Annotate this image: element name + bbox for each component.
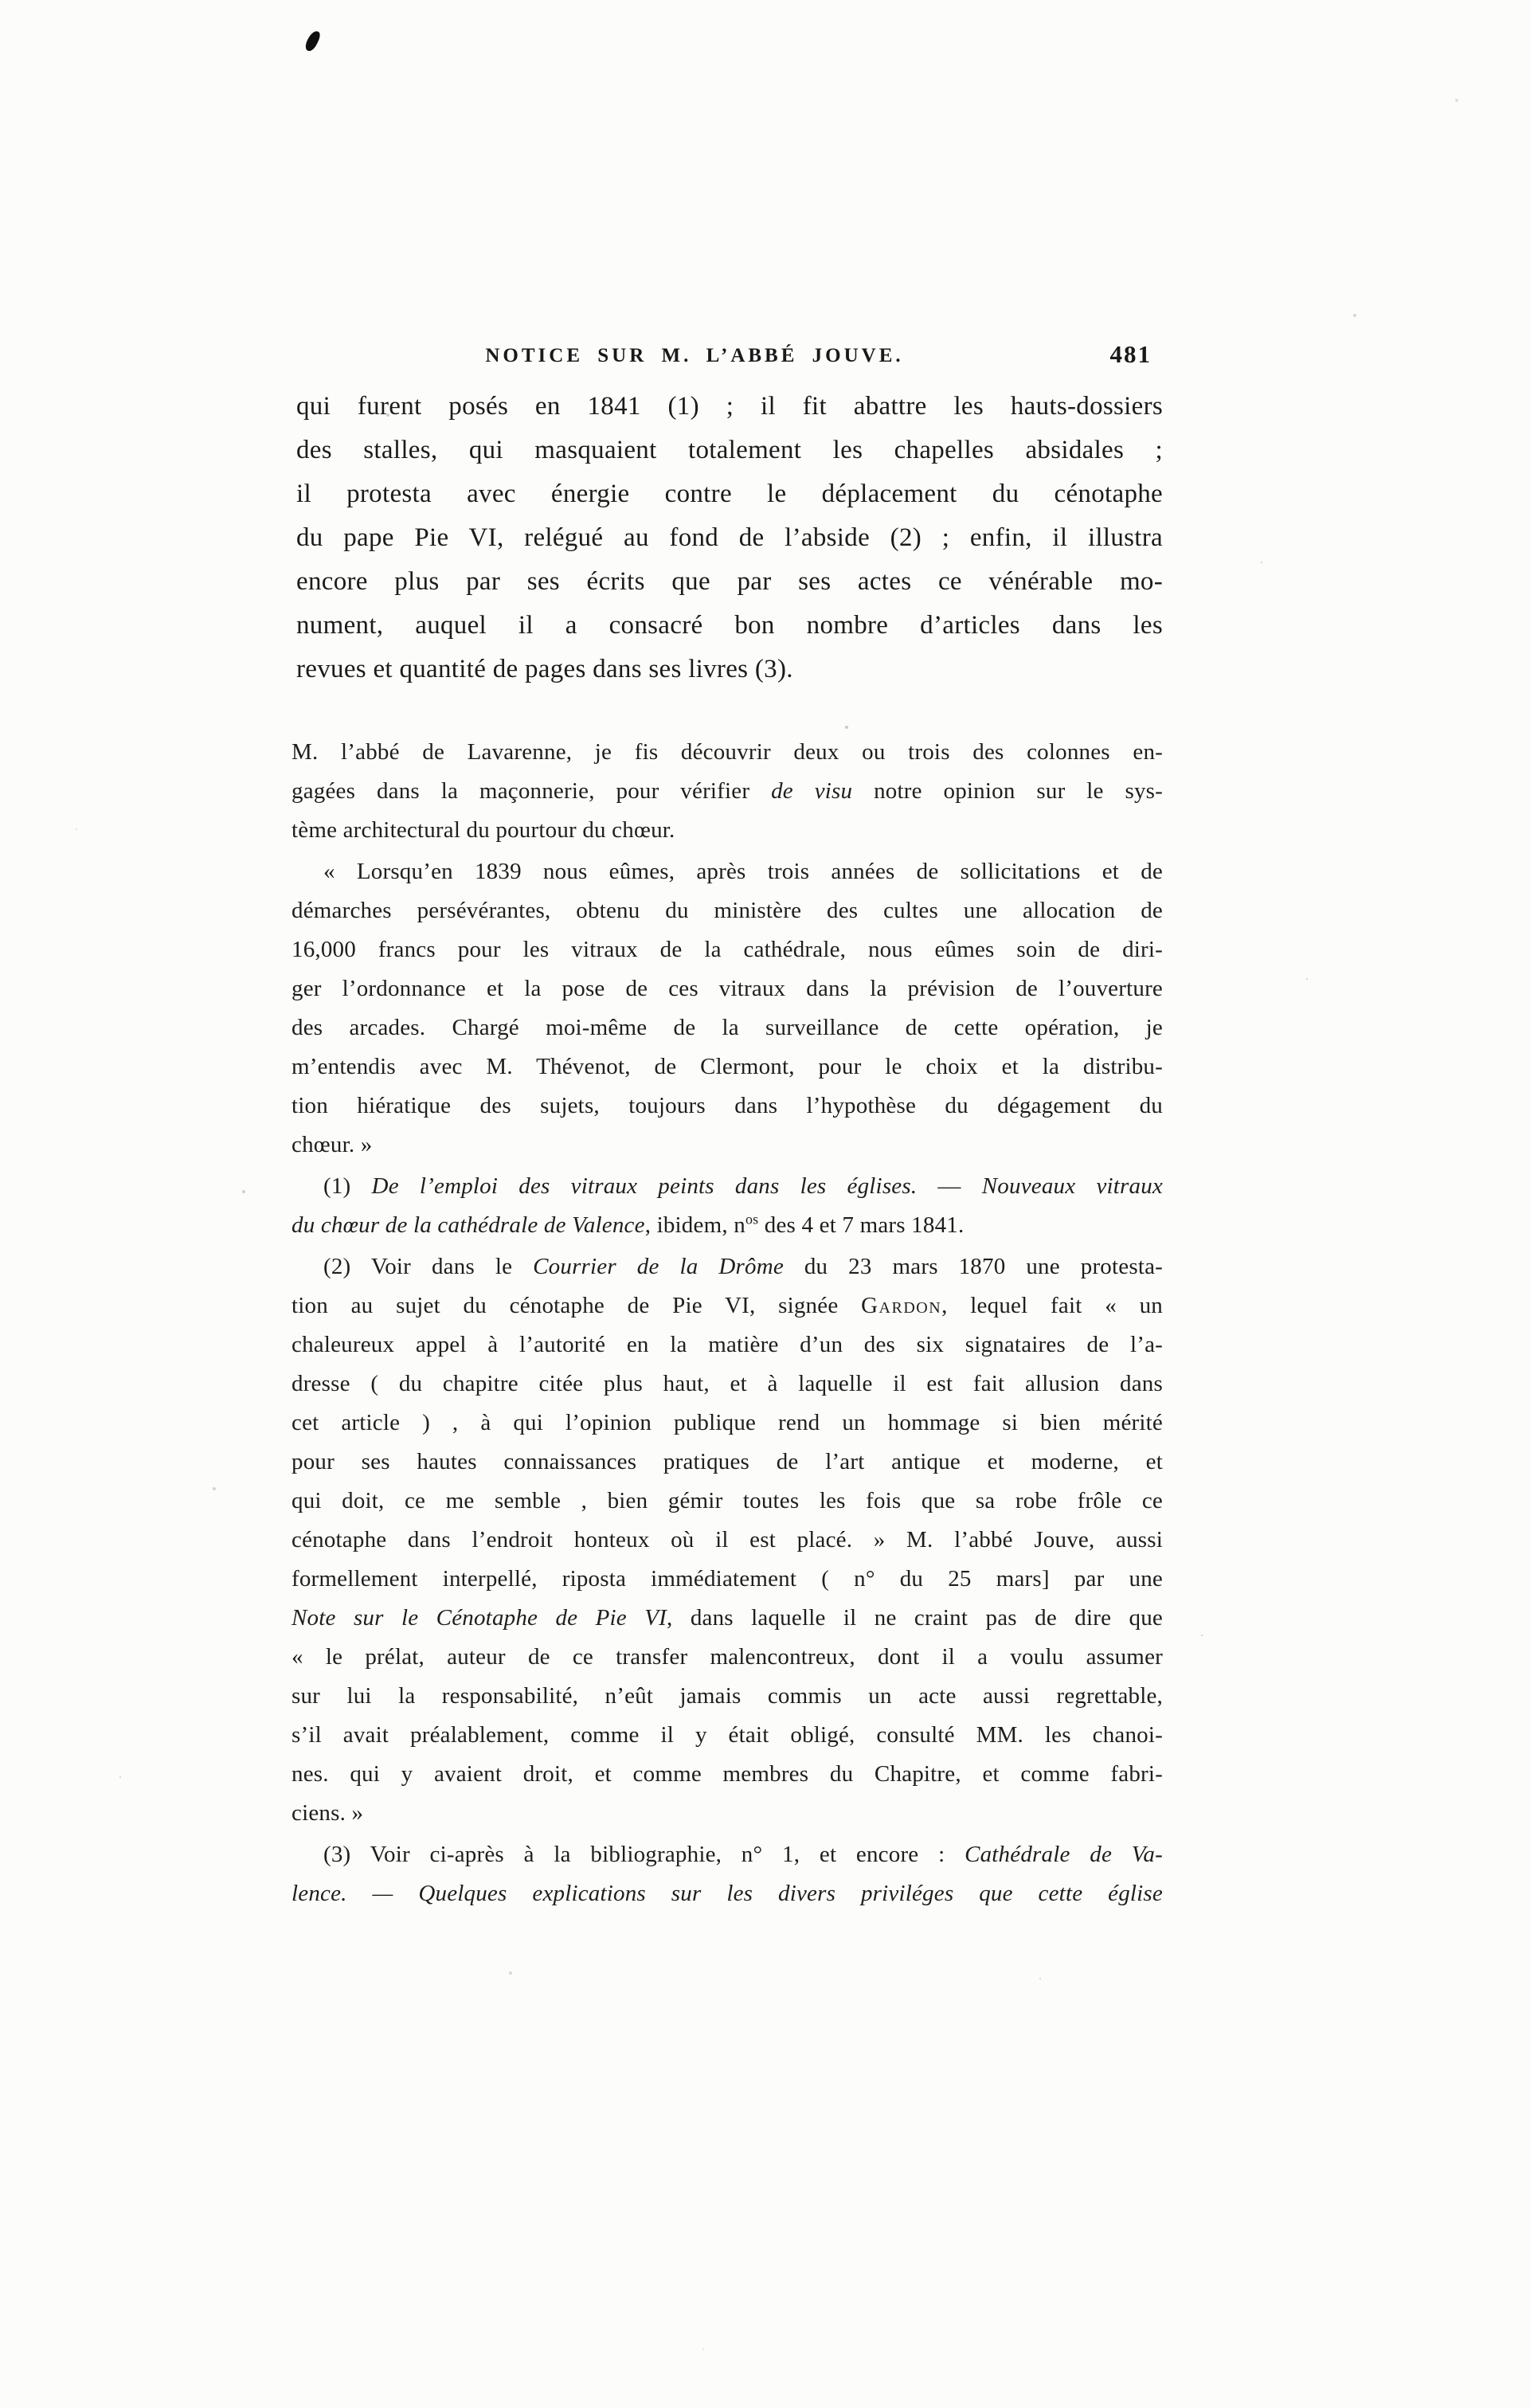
- text-run: « Lorsqu’en 1839 nous eûmes, après trois…: [323, 859, 1163, 884]
- text-run: des stalles, qui masquaient totalement l…: [296, 436, 1163, 464]
- text-run: tion au sujet du cénotaphe de Pie VI, si…: [292, 1293, 861, 1318]
- text-run: m’entendis avec M. Thévenot, de Clermont…: [292, 1054, 1163, 1079]
- text-line: tion au sujet du cénotaphe de Pie VI, si…: [292, 1286, 1163, 1325]
- text-line: m’entendis avec M. Thévenot, de Clermont…: [292, 1047, 1163, 1087]
- text-line: ger l’ordonnance et la pose de ces vitra…: [292, 969, 1163, 1008]
- text-line: tion hiératique des sujets, toujours dan…: [292, 1087, 1163, 1126]
- italic-text: Note sur le Cénotaphe de Pie VI: [292, 1605, 667, 1631]
- text-run: , ibidem, n: [645, 1212, 745, 1238]
- text-run: qui furent posés en 1841 (1) ; il fit ab…: [296, 392, 1163, 421]
- smallcaps-text: Gardon: [861, 1293, 941, 1318]
- text-run: (1): [323, 1173, 372, 1199]
- text-line: M. l’abbé de Lavarenne, je fis découvrir…: [292, 733, 1163, 772]
- text-run: tème architectural du pourtour du chœur.: [292, 817, 675, 843]
- text-run: des 4 et 7 mars 1841.: [758, 1212, 964, 1238]
- text-run: dresse ( du chapitre citée plus haut, et…: [292, 1371, 1163, 1396]
- italic-text: Cathédrale de Va-: [965, 1842, 1163, 1867]
- book-page: NOTICE SUR M. L’ABBÉ JOUVE. 481 qui fure…: [0, 0, 1530, 2408]
- text-run: ciens. »: [292, 1800, 363, 1826]
- italic-text: de visu: [771, 778, 852, 804]
- text-run: , dans laquelle il ne craint pas de dire…: [667, 1605, 1163, 1631]
- text-run: chaleureux appel à l’autorité en la mati…: [292, 1332, 1163, 1357]
- text-run: , lequel fait « un: [941, 1293, 1163, 1318]
- text-run: « le prélat, auteur de ce transfer malen…: [292, 1644, 1163, 1670]
- scan-noise: [0, 0, 2, 2]
- text-line: lence. — Quelques explications sur les d…: [292, 1874, 1163, 1913]
- text-run: qui doit, ce me semble , bien gémir tout…: [292, 1488, 1163, 1513]
- text-run: sur lui la responsabilité, n’eût jamais …: [292, 1683, 1163, 1709]
- text-line: (2) Voir dans le Courrier de la Drôme du…: [292, 1247, 1163, 1286]
- page-header: NOTICE SUR M. L’ABBÉ JOUVE. 481: [296, 340, 1163, 375]
- text-run: tion hiératique des sujets, toujours dan…: [292, 1093, 1163, 1118]
- text-run: M. l’abbé de Lavarenne, je fis découvrir…: [292, 739, 1163, 765]
- text-run: ger l’ordonnance et la pose de ces vitra…: [292, 976, 1163, 1001]
- text-run: formellement interpellé, riposta immédia…: [292, 1566, 1163, 1592]
- text-line: chaleureux appel à l’autorité en la mati…: [292, 1325, 1163, 1365]
- text-line: dresse ( du chapitre citée plus haut, et…: [292, 1365, 1163, 1404]
- ink-blot-artifact: [303, 29, 322, 53]
- text-line: sur lui la responsabilité, n’eût jamais …: [292, 1677, 1163, 1716]
- footnote-quote-paragraph: « Lorsqu’en 1839 nous eûmes, après trois…: [292, 852, 1163, 1165]
- italic-text: De l’emploi des vitraux peints dans les …: [372, 1173, 918, 1199]
- text-run: nes. qui y avaient droit, et comme membr…: [292, 1761, 1163, 1787]
- text-line: cénotaphe dans l’endroit honteux où il e…: [292, 1521, 1163, 1560]
- text-line: qui doit, ce me semble , bien gémir tout…: [292, 1482, 1163, 1521]
- text-line: ciens. »: [292, 1794, 1163, 1833]
- footnote-1: (1) De l’emploi des vitraux peints dans …: [292, 1167, 1163, 1245]
- text-run: (3) Voir ci-après à la bibliographie, n°…: [323, 1842, 965, 1867]
- text-run: 16,000 francs pour les vitraux de la cat…: [292, 937, 1163, 962]
- text-line: formellement interpellé, riposta immédia…: [292, 1560, 1163, 1599]
- text-line: (1) De l’emploi des vitraux peints dans …: [292, 1167, 1163, 1206]
- text-line: s’il avait préalablement, comme il y éta…: [292, 1716, 1163, 1755]
- footnote-2: (2) Voir dans le Courrier de la Drôme du…: [292, 1247, 1163, 1833]
- superscript-text: os: [745, 1211, 758, 1227]
- text-line: (3) Voir ci-après à la bibliographie, n°…: [292, 1835, 1163, 1874]
- italic-text: Nouveaux vitraux: [982, 1173, 1163, 1199]
- text-run: notre opinion sur le sys-: [852, 778, 1163, 804]
- text-run: revues et quantité de pages dans ses liv…: [296, 655, 793, 683]
- text-line: Note sur le Cénotaphe de Pie VI, dans la…: [292, 1599, 1163, 1638]
- text-line: encore plus par ses écrits que par ses a…: [296, 560, 1163, 604]
- footnote-continuation: M. l’abbé de Lavarenne, je fis découvrir…: [292, 733, 1163, 850]
- text-line: du pape Pie VI, relégué au fond de l’abs…: [296, 516, 1163, 560]
- text-run: cet article ) , à qui l’opinion publique…: [292, 1410, 1163, 1435]
- text-line: revues et quantité de pages dans ses liv…: [296, 648, 1163, 691]
- text-line: qui furent posés en 1841 (1) ; il fit ab…: [296, 385, 1163, 429]
- text-run: du pape Pie VI, relégué au fond de l’abs…: [296, 523, 1163, 552]
- main-paragraph: qui furent posés en 1841 (1) ; il fit ab…: [296, 385, 1163, 691]
- footnotes-section: M. l’abbé de Lavarenne, je fis découvrir…: [292, 733, 1163, 1913]
- text-line: nes. qui y avaient droit, et comme membr…: [292, 1755, 1163, 1794]
- text-run: nument, auquel il a consacré bon nombre …: [296, 611, 1163, 640]
- italic-text: Courrier de la Drôme: [533, 1254, 784, 1279]
- text-run: chœur. »: [292, 1132, 372, 1157]
- text-line: pour ses hautes connaissances pratiques …: [292, 1443, 1163, 1482]
- text-run: (2) Voir dans le: [323, 1254, 533, 1279]
- text-run: du 23 mars 1870 une protesta-: [784, 1254, 1163, 1279]
- text-run: des arcades. Chargé moi-même de la surve…: [292, 1015, 1163, 1040]
- text-run: s’il avait préalablement, comme il y éta…: [292, 1722, 1163, 1748]
- running-title: NOTICE SUR M. L’ABBÉ JOUVE.: [485, 345, 903, 367]
- text-line: cet article ) , à qui l’opinion publique…: [292, 1404, 1163, 1443]
- text-run: démarches persévérantes, obtenu du minis…: [292, 898, 1163, 923]
- page-number: 481: [1110, 340, 1152, 369]
- footnote-3: (3) Voir ci-après à la bibliographie, n°…: [292, 1835, 1163, 1913]
- text-run: —: [917, 1173, 981, 1199]
- italic-text: du chœur de la cathédrale de Valence: [292, 1212, 645, 1238]
- text-line: gagées dans la maçonnerie, pour vérifier…: [292, 772, 1163, 811]
- text-line: des arcades. Chargé moi-même de la surve…: [292, 1008, 1163, 1047]
- text-line: il protesta avec énergie contre le dépla…: [296, 472, 1163, 516]
- text-line: « Lorsqu’en 1839 nous eûmes, après trois…: [292, 852, 1163, 891]
- text-line: démarches persévérantes, obtenu du minis…: [292, 891, 1163, 930]
- text-line: des stalles, qui masquaient totalement l…: [296, 429, 1163, 472]
- text-line: chœur. »: [292, 1126, 1163, 1165]
- text-line: « le prélat, auteur de ce transfer malen…: [292, 1638, 1163, 1677]
- text-run: cénotaphe dans l’endroit honteux où il e…: [292, 1527, 1163, 1552]
- text-line: tème architectural du pourtour du chœur.: [292, 811, 1163, 850]
- text-line: 16,000 francs pour les vitraux de la cat…: [292, 930, 1163, 969]
- text-run: gagées dans la maçonnerie, pour vérifier: [292, 778, 771, 804]
- text-line: du chœur de la cathédrale de Valence, ib…: [292, 1206, 1163, 1245]
- text-run: il protesta avec énergie contre le dépla…: [296, 480, 1163, 508]
- italic-text: lence. — Quelques explications sur les d…: [292, 1881, 1163, 1906]
- text-line: nument, auquel il a consacré bon nombre …: [296, 604, 1163, 648]
- text-run: encore plus par ses écrits que par ses a…: [296, 567, 1163, 596]
- text-run: pour ses hautes connaissances pratiques …: [292, 1449, 1163, 1474]
